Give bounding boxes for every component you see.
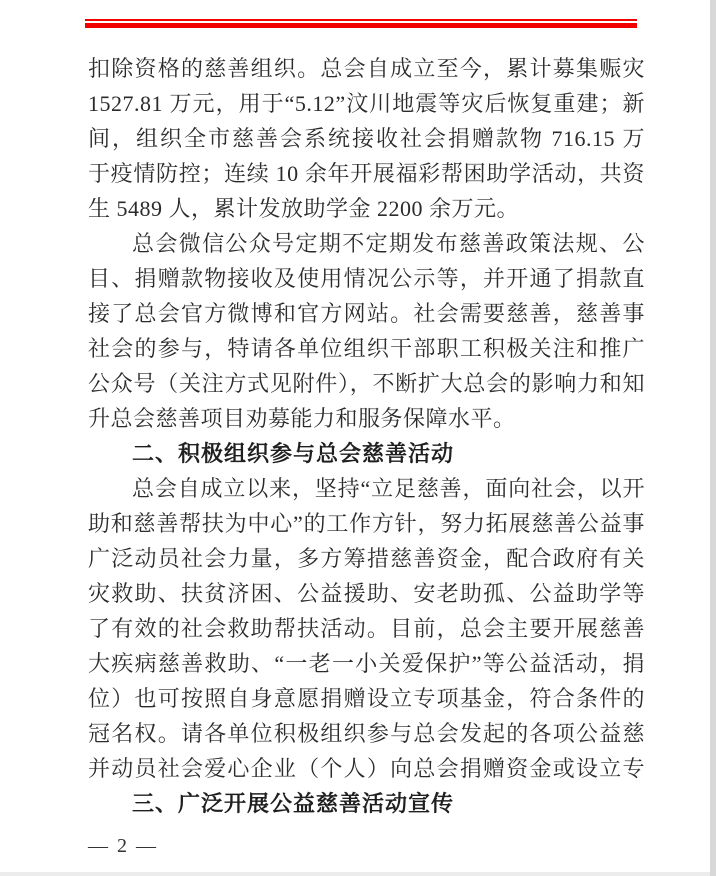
text-line: 升总会慈善项目劝募能力和服务保障水平。 xyxy=(88,401,645,436)
text-line: 总会自成立以来，坚持“立足慈善，面向社会，以开展社会救 xyxy=(88,471,645,506)
text-line: 于疫情防控；连续 10 余年开展福彩帮困助学活动，共资助贫困学 xyxy=(88,156,645,191)
header-double-rule xyxy=(85,19,637,28)
document-page: 扣除资格的慈善组织。总会自成立至今，累计募集赈灾款物1527.81 万元，用于“… xyxy=(0,0,716,876)
text-line: 扣除资格的慈善组织。总会自成立至今，累计募集赈灾款物 xyxy=(88,51,645,86)
text-line: 助和慈善帮扶为中心”的工作方针，努力拓展慈善公益事业范围， xyxy=(88,506,645,541)
section-heading: 二、积极组织参与总会慈善活动 xyxy=(88,436,645,471)
text-line: 生 5489 人，累计发放助学金 2200 余万元。 xyxy=(88,191,645,226)
text-line: 间，组织全市慈善会系统接收社会捐赠款物 716.15 万元，全部用 xyxy=(88,121,645,156)
text-line: 接了总会官方微博和官方网站。社会需要慈善，慈善事业需要全 xyxy=(88,296,645,331)
header-rule-thick-line xyxy=(85,23,637,28)
page-number: — 2 — xyxy=(88,834,158,858)
document-body: 扣除资格的慈善组织。总会自成立至今，累计募集赈灾款物1527.81 万元，用于“… xyxy=(88,51,645,821)
page-edge-right xyxy=(710,0,716,876)
text-line: 并动员社会爱心企业（个人）向总会捐赠资金或设立专项基金。 xyxy=(88,751,645,786)
text-line: 冠名权。请各单位积极组织参与总会发起的各项公益慈善活动， xyxy=(88,716,645,751)
text-line: 社会的参与，特请各单位组织干部职工积极关注和推广总会微信 xyxy=(88,331,645,366)
text-line: 1527.81 万元，用于“5.12”汶川地震等灾后恢复重建；新冠疫情期 xyxy=(88,86,645,121)
section-heading: 三、广泛开展公益慈善活动宣传 xyxy=(88,786,645,821)
text-line: 总会微信公众号定期不定期发布慈善政策法规、公开募捐项 xyxy=(88,226,645,261)
text-line: 灾救助、扶贫济困、公益援助、安老助孤、公益助学等方面开展 xyxy=(88,576,645,611)
text-line: 公众号（关注方式见附件），不断扩大总会的影响力和知晓度，提 xyxy=(88,366,645,401)
text-line: 了有效的社会救助帮扶活动。目前，总会主要开展慈善助学、重 xyxy=(88,611,645,646)
text-line: 广泛动员社会力量，多方筹措慈善资金，配合政府有关部门在赈 xyxy=(88,541,645,576)
page-edge-bottom xyxy=(0,872,710,876)
text-line: 大疾病慈善救助、“一老一小关爱保护”等公益活动，捐赠人（单 xyxy=(88,646,645,681)
text-line: 目、捐赠款物接收及使用情况公示等，并开通了捐款直通车，链 xyxy=(88,261,645,296)
text-line: 位）也可按照自身意愿捐赠设立专项基金，符合条件的还可享有 xyxy=(88,681,645,716)
